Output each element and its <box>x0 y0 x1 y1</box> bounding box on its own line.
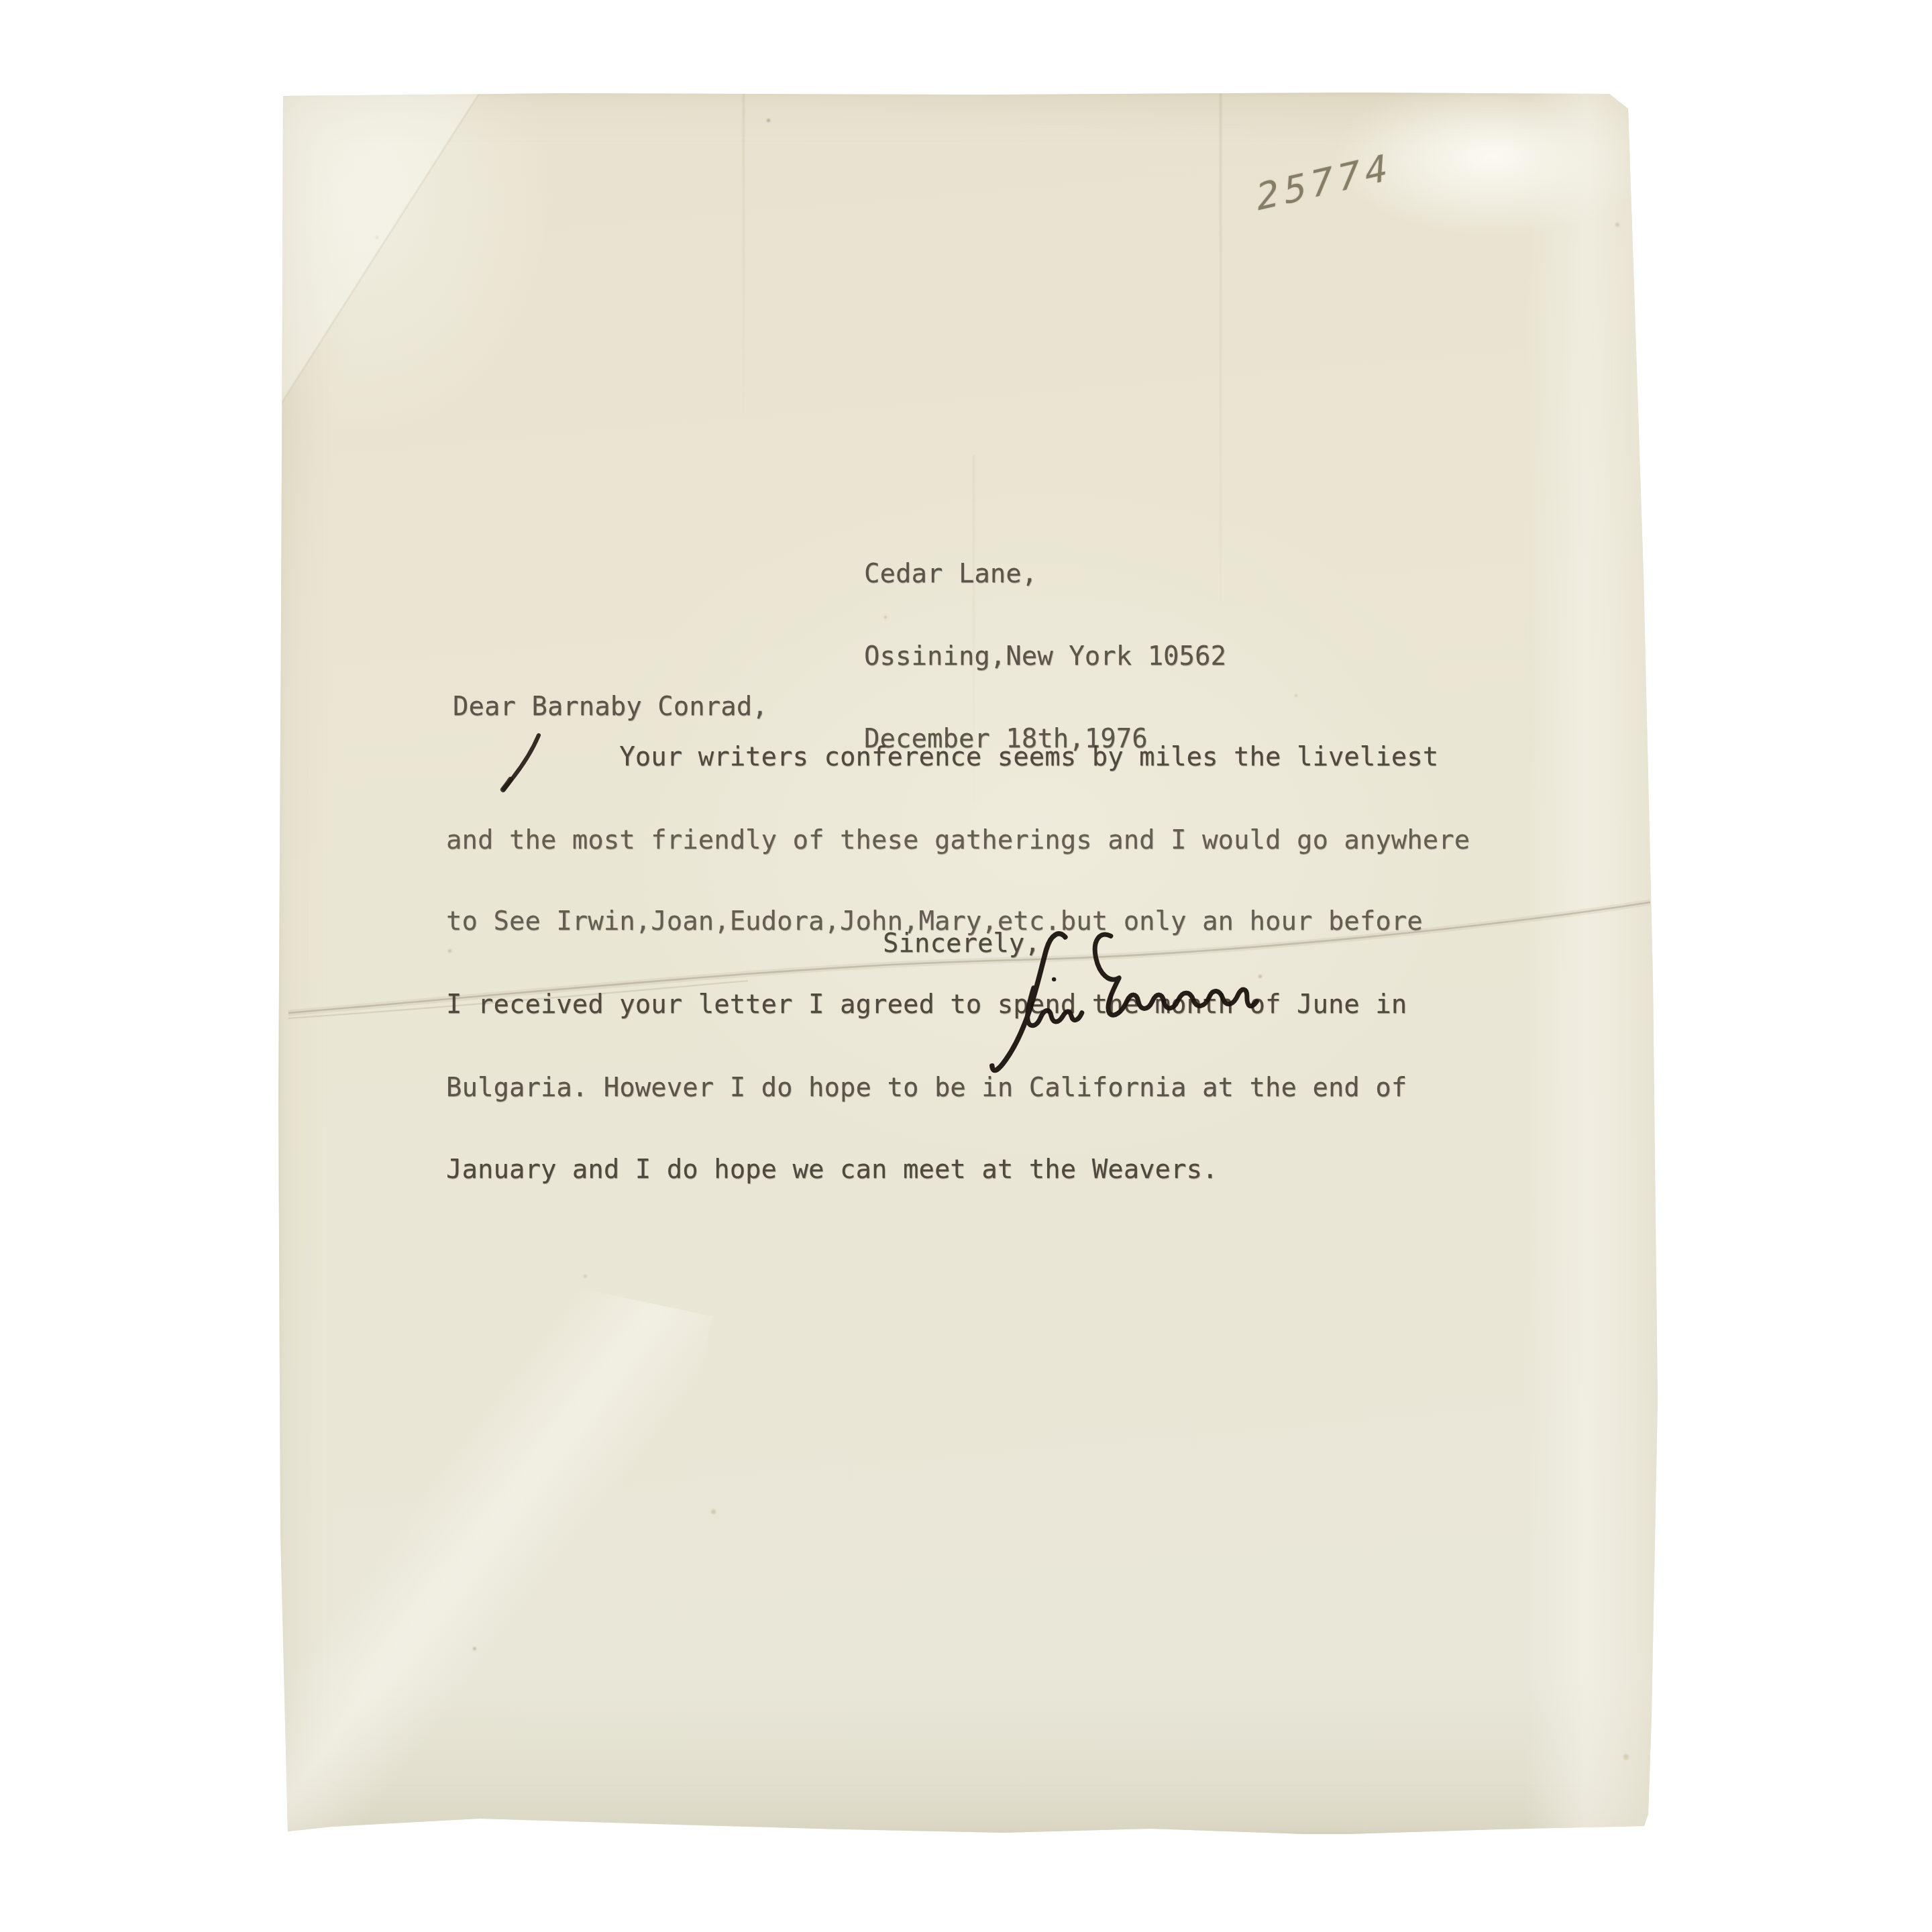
address-line: Cedar Lane, <box>864 560 1226 588</box>
photo-backdrop: 25774 Cedar Lane, Ossining,New York 1056… <box>0 0 1932 1932</box>
foxing-spot <box>711 1509 716 1514</box>
letter-paper: 25774 Cedar Lane, Ossining,New York 1056… <box>278 93 1660 1834</box>
corner-fold-highlight <box>278 93 560 441</box>
foxing-spot <box>1623 1754 1629 1760</box>
body-line: Bulgaria. However I do hope to be in Cal… <box>446 1074 1470 1102</box>
foxing-spot <box>473 1647 476 1650</box>
foxing-spot <box>1615 223 1619 227</box>
pencil-catalog-number: 25774 <box>1254 138 1429 219</box>
foxing-spot <box>376 236 378 239</box>
vertical-crease <box>743 93 745 415</box>
foxing-spot <box>767 119 770 122</box>
body-line: January and I do hope we can meet at the… <box>446 1156 1470 1183</box>
closing: Sincerely, <box>883 875 1040 1012</box>
body-line: and the most friendly of these gathering… <box>446 826 1470 854</box>
right-fold-light-band <box>1526 93 1660 1834</box>
address-line: Ossining,New York 10562 <box>864 643 1226 670</box>
foxing-spot <box>584 1275 587 1278</box>
bottom-left-fold-streak <box>180 1230 712 1907</box>
body-line: Your writers conference seems by miles t… <box>446 743 1470 771</box>
